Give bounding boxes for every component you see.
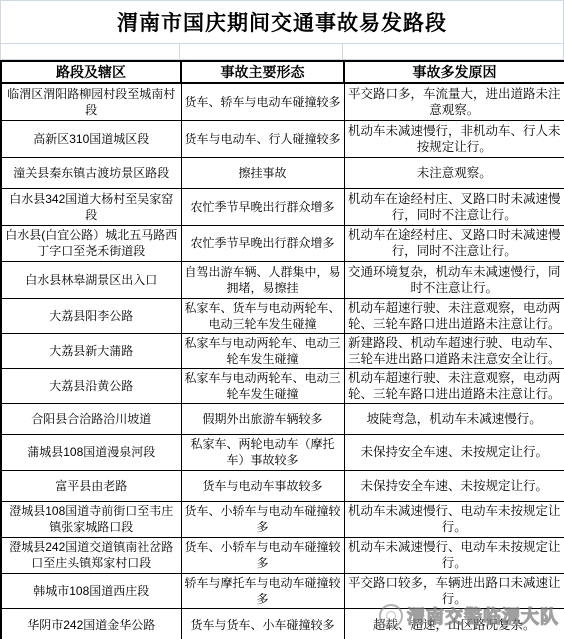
cell-section: 白水县林皋湖景区出入口 (1, 261, 181, 298)
cell-text: 未注意观察。 (347, 165, 563, 181)
table-header-row: 路段及辖区 事故主要形态 事故多发原因 (1, 61, 564, 83)
table-row: 白水县林皋湖景区出入口自驾出游车辆、人群集中，易拥堵，易擦挂交通环境复杂，机动车… (1, 261, 564, 298)
table-row: 大荔县新大蒲路私家车与电动两轮车、电动三轮车发生碰撞新建路段、机动车超速行驶、电… (1, 333, 564, 368)
cell-cause: 机动车超速行驶、未注意观察，电动两轮、三轮车路口进出道路未注意让行。 (344, 368, 564, 403)
cell-section: 大荔县沿黄公路 (1, 368, 181, 403)
cell-section: 合阳县合洽路洽川坡道 (1, 403, 181, 434)
cell-section: 临渭区渭阳路柳园村段至城南村段 (1, 83, 181, 120)
cell-section: 华阴市242国道金华公路 (1, 608, 181, 639)
cell-cause: 平交路口多，车流量大，进出道路未注意观察。 (344, 83, 564, 120)
cell-cause: 机动车超速行驶、未注意观察，电动两轮、三轮车路口进出道路未注意让行。 (344, 298, 564, 333)
cell-text: 农忙季节早晚出行群众增多 (184, 235, 342, 251)
table-row: 韩城市108国道西庄段轿车与摩托车与电动车碰撞较多平交路口较多，车辆进出路口未减… (1, 573, 564, 608)
cell-form: 货车、轿车与电动车碰撞较多 (181, 83, 344, 120)
cell-text: 澄城县242国道交道镇南社岔路口至庄头镇郑家村口段 (4, 539, 179, 571)
table-row: 澄城县242国道交道镇南社岔路口至庄头镇郑家村口段货车、小轿车与电动车碰撞较多机… (1, 537, 564, 573)
cell-text: 超载、超速，山区路况复杂。 (347, 617, 563, 633)
cell-cause: 交通环境复杂，机动车未减速慢行，同时不注意让行。 (344, 261, 564, 298)
spacer-row (0, 44, 564, 60)
table-row: 大荔县阳李公路私家车、货车与电动两轮车、电动三轮车发生碰撞机动车超速行驶、未注意… (1, 298, 564, 333)
cell-form: 货车与电动车事故较多 (181, 470, 344, 501)
cell-section: 大荔县新大蒲路 (1, 333, 181, 368)
cell-text: 机动车在途经村庄、叉路口时未减速慢行，同时不注意让行。 (347, 227, 563, 259)
cell-form: 自驾出游车辆、人群集中，易拥堵，易擦挂 (181, 261, 344, 298)
table-row: 大荔县沿黄公路私家车与电动两轮车、电动三轮车发生碰撞机动车超速行驶、未注意观察，… (1, 368, 564, 403)
cell-text: 潼关县秦东镇古渡坊景区路段 (4, 165, 179, 181)
cell-text: 货车与电动车、行人碰撞较多 (184, 131, 342, 147)
cell-form: 私家车与电动两轮车、电动三轮车发生碰撞 (181, 368, 344, 403)
cell-form: 货车与电动车、行人碰撞较多 (181, 120, 344, 157)
cell-text: 韩城市108国道西庄段 (4, 583, 179, 599)
cell-section: 澄城县108国道寺前街口至韦庄镇张家城路口段 (1, 501, 181, 537)
cell-text: 假期外出旅游车辆较多 (184, 411, 342, 427)
cell-section: 澄城县242国道交道镇南社岔路口至庄头镇郑家村口段 (1, 537, 181, 573)
cell-cause: 机动车在途经村庄、叉路口时未减速慢行，同时不注意让行。 (344, 225, 564, 261)
cell-form: 货车与货车、小车碰撞较多 (181, 608, 344, 639)
cell-text: 擦挂事故 (184, 165, 342, 181)
cell-form: 私家车、货车与电动两轮车、电动三轮车发生碰撞 (181, 298, 344, 333)
cell-text: 坡陡弯急，机动车未减速慢行。 (347, 411, 563, 427)
cell-text: 私家车、两轮电动车（摩托车）事故较多 (184, 436, 342, 468)
spacer-cell (180, 44, 343, 60)
cell-text: 机动车未减速慢行、电动车未按规定让行。 (347, 539, 563, 571)
cell-cause: 机动车未减速慢行、电动车未按规定让行。 (344, 537, 564, 573)
cell-form: 擦挂事故 (181, 157, 344, 188)
cell-text: 合阳县合洽路洽川坡道 (4, 411, 179, 427)
spacer-cell (0, 44, 180, 60)
cell-cause: 新建路段、机动车超速行驶、电动车、三轮车进出路口道路未注意安全让行。 (344, 333, 564, 368)
table-row: 白水县(白宜公路）城北五马路西丁字口至尧禾街道段农忙季节早晚出行群众增多机动车在… (1, 225, 564, 261)
cell-text: 交通环境复杂，机动车未减速慢行，同时不注意让行。 (347, 264, 563, 296)
cell-form: 农忙季节早晚出行群众增多 (181, 225, 344, 261)
cell-form: 轿车与摩托车与电动车碰撞较多 (181, 573, 344, 608)
cell-cause: 未保持安全车速、未按规定让行。 (344, 434, 564, 470)
accident-road-table: 路段及辖区 事故主要形态 事故多发原因 临渭区渭阳路柳园村段至城南村段货车、轿车… (0, 60, 564, 639)
cell-text: 大荔县沿黄公路 (4, 378, 179, 394)
cell-text: 机动车未减速慢行，非机动车、行人未按规定让行。 (347, 123, 563, 155)
cell-text: 轿车与摩托车与电动车碰撞较多 (184, 575, 342, 607)
cell-text: 机动车超速行驶、未注意观察，电动两轮、三轮车路口进出道路未注意让行。 (347, 370, 563, 402)
header-form: 事故主要形态 (181, 61, 344, 83)
cell-form: 农忙季节早晚出行群众增多 (181, 188, 344, 225)
cell-text: 货车与电动车事故较多 (184, 478, 342, 494)
table-row: 澄城县108国道寺前街口至韦庄镇张家城路口段货车、小轿车与电动车碰撞较多机动车未… (1, 501, 564, 537)
cell-cause: 未保持安全车速、未按规定让行。 (344, 470, 564, 501)
cell-section: 潼关县秦东镇古渡坊景区路段 (1, 157, 181, 188)
cell-text: 平交路口多，车流量大，进出道路未注意观察。 (347, 86, 563, 118)
cell-text: 货车、小轿车与电动车碰撞较多 (184, 539, 342, 571)
header-section: 路段及辖区 (1, 61, 181, 83)
cell-text: 未保持安全车速、未按规定让行。 (347, 478, 563, 494)
cell-section: 蒲城县108国道漫泉河段 (1, 434, 181, 470)
cell-text: 私家车、货车与电动两轮车、电动三轮车发生碰撞 (184, 300, 342, 332)
cell-section: 白水县(白宜公路）城北五马路西丁字口至尧禾街道段 (1, 225, 181, 261)
cell-text: 货车、轿车与电动车碰撞较多 (184, 94, 342, 110)
cell-text: 白水县342国道大杨村至吴家窑段 (4, 191, 179, 223)
table-row: 白水县342国道大杨村至吴家窑段农忙季节早晚出行群众增多机动车在途经村庄、叉路口… (1, 188, 564, 225)
cell-text: 货车、小轿车与电动车碰撞较多 (184, 503, 342, 535)
cell-text: 澄城县108国道寺前街口至韦庄镇张家城路口段 (4, 503, 179, 535)
cell-text: 农忙季节早晚出行群众增多 (184, 199, 342, 215)
cell-text: 机动车未减速慢行、电动车未按规定让行。 (347, 503, 563, 535)
cell-form: 假期外出旅游车辆较多 (181, 403, 344, 434)
table-row: 合阳县合洽路洽川坡道假期外出旅游车辆较多坡陡弯急，机动车未减速慢行。 (1, 403, 564, 434)
table-row: 蒲城县108国道漫泉河段私家车、两轮电动车（摩托车）事故较多未保持安全车速、未按… (1, 434, 564, 470)
table-row: 富平县由老路货车与电动车事故较多未保持安全车速、未按规定让行。 (1, 470, 564, 501)
cell-cause: 坡陡弯急，机动车未减速慢行。 (344, 403, 564, 434)
page-title: 渭南市国庆期间交通事故易发路段 (0, 0, 564, 44)
cell-text: 白水县(白宜公路）城北五马路西丁字口至尧禾街道段 (4, 227, 179, 259)
cell-text: 大荔县新大蒲路 (4, 343, 179, 359)
cell-form: 私家车与电动两轮车、电动三轮车发生碰撞 (181, 333, 344, 368)
cell-text: 平交路口较多，车辆进出路口未减速让行。 (347, 575, 563, 607)
cell-section: 大荔县阳李公路 (1, 298, 181, 333)
cell-text: 临渭区渭阳路柳园村段至城南村段 (4, 86, 179, 118)
cell-cause: 未注意观察。 (344, 157, 564, 188)
cell-text: 自驾出游车辆、人群集中，易拥堵，易擦挂 (184, 264, 342, 296)
cell-text: 机动车在途经村庄、叉路口时未减速慢行，同时不注意让行。 (347, 191, 563, 223)
cell-text: 高新区310国道城区段 (4, 131, 179, 147)
cell-text: 私家车与电动两轮车、电动三轮车发生碰撞 (184, 370, 342, 402)
cell-text: 富平县由老路 (4, 478, 179, 494)
cell-form: 私家车、两轮电动车（摩托车）事故较多 (181, 434, 344, 470)
table-row: 临渭区渭阳路柳园村段至城南村段货车、轿车与电动车碰撞较多平交路口多，车流量大，进… (1, 83, 564, 120)
cell-section: 富平县由老路 (1, 470, 181, 501)
table-body: 临渭区渭阳路柳园村段至城南村段货车、轿车与电动车碰撞较多平交路口多，车流量大，进… (1, 83, 564, 639)
header-cause: 事故多发原因 (344, 61, 564, 83)
cell-text: 未保持安全车速、未按规定让行。 (347, 444, 563, 460)
cell-text: 货车与货车、小车碰撞较多 (184, 617, 342, 633)
table-row: 高新区310国道城区段货车与电动车、行人碰撞较多机动车未减速慢行，非机动车、行人… (1, 120, 564, 157)
cell-text: 蒲城县108国道漫泉河段 (4, 444, 179, 460)
table-row: 华阴市242国道金华公路货车与货车、小车碰撞较多超载、超速，山区路况复杂。 (1, 608, 564, 639)
cell-text: 白水县林皋湖景区出入口 (4, 272, 179, 288)
cell-text: 华阴市242国道金华公路 (4, 617, 179, 633)
cell-form: 货车、小轿车与电动车碰撞较多 (181, 537, 344, 573)
cell-cause: 机动车未减速慢行、电动车未按规定让行。 (344, 501, 564, 537)
cell-text: 新建路段、机动车超速行驶、电动车、三轮车进出路口道路未注意安全让行。 (347, 335, 563, 367)
cell-section: 高新区310国道城区段 (1, 120, 181, 157)
spacer-cell (343, 44, 564, 60)
cell-section: 白水县342国道大杨村至吴家窑段 (1, 188, 181, 225)
cell-text: 机动车超速行驶、未注意观察，电动两轮、三轮车路口进出道路未注意让行。 (347, 300, 563, 332)
page: 渭南市国庆期间交通事故易发路段 路段及辖区 事故主要形态 事故多发原因 临渭区渭… (0, 0, 564, 639)
cell-section: 韩城市108国道西庄段 (1, 573, 181, 608)
cell-cause: 机动车在途经村庄、叉路口时未减速慢行，同时不注意让行。 (344, 188, 564, 225)
cell-text: 大荔县阳李公路 (4, 308, 179, 324)
cell-text: 私家车与电动两轮车、电动三轮车发生碰撞 (184, 335, 342, 367)
table-row: 潼关县秦东镇古渡坊景区路段擦挂事故未注意观察。 (1, 157, 564, 188)
cell-form: 货车、小轿车与电动车碰撞较多 (181, 501, 344, 537)
cell-cause: 平交路口较多，车辆进出路口未减速让行。 (344, 573, 564, 608)
cell-cause: 机动车未减速慢行，非机动车、行人未按规定让行。 (344, 120, 564, 157)
cell-cause: 超载、超速，山区路况复杂。 (344, 608, 564, 639)
